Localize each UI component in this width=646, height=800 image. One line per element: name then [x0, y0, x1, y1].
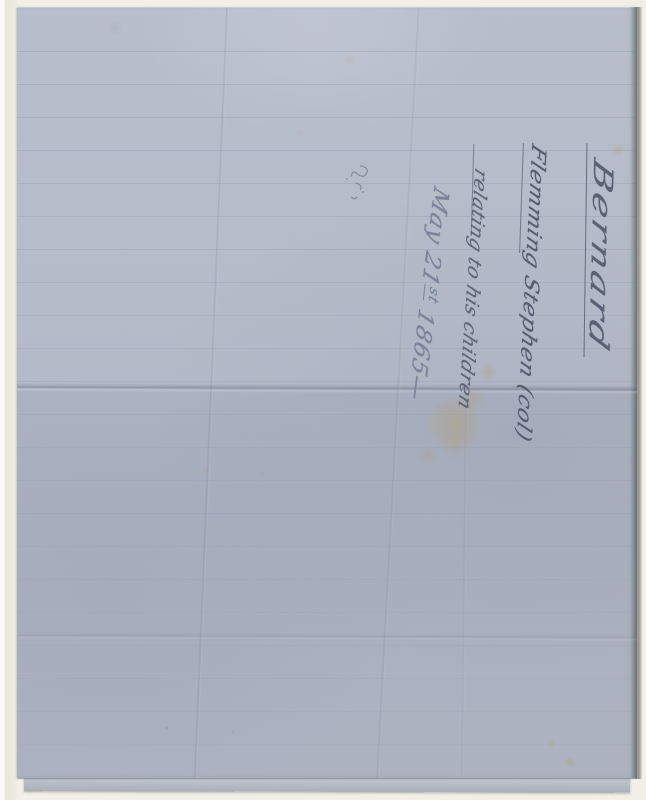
- docket-block: Bernard Flemming Stephen (col) relating …: [0, 0, 646, 800]
- docket-date-line: May 21st 1865—: [404, 183, 452, 405]
- docket-heading: Bernard: [584, 155, 616, 357]
- docket-detail-line: relating to his children: [454, 165, 489, 412]
- docket-date-month: May: [422, 183, 453, 249]
- docket-date-day: 21: [417, 247, 445, 290]
- docket-subject-line: Flemming Stephen (col): [514, 141, 549, 445]
- scanned-letter-page: Bernard Flemming Stephen (col) relating …: [0, 0, 646, 800]
- docket-date-year: 1865: [406, 305, 438, 381]
